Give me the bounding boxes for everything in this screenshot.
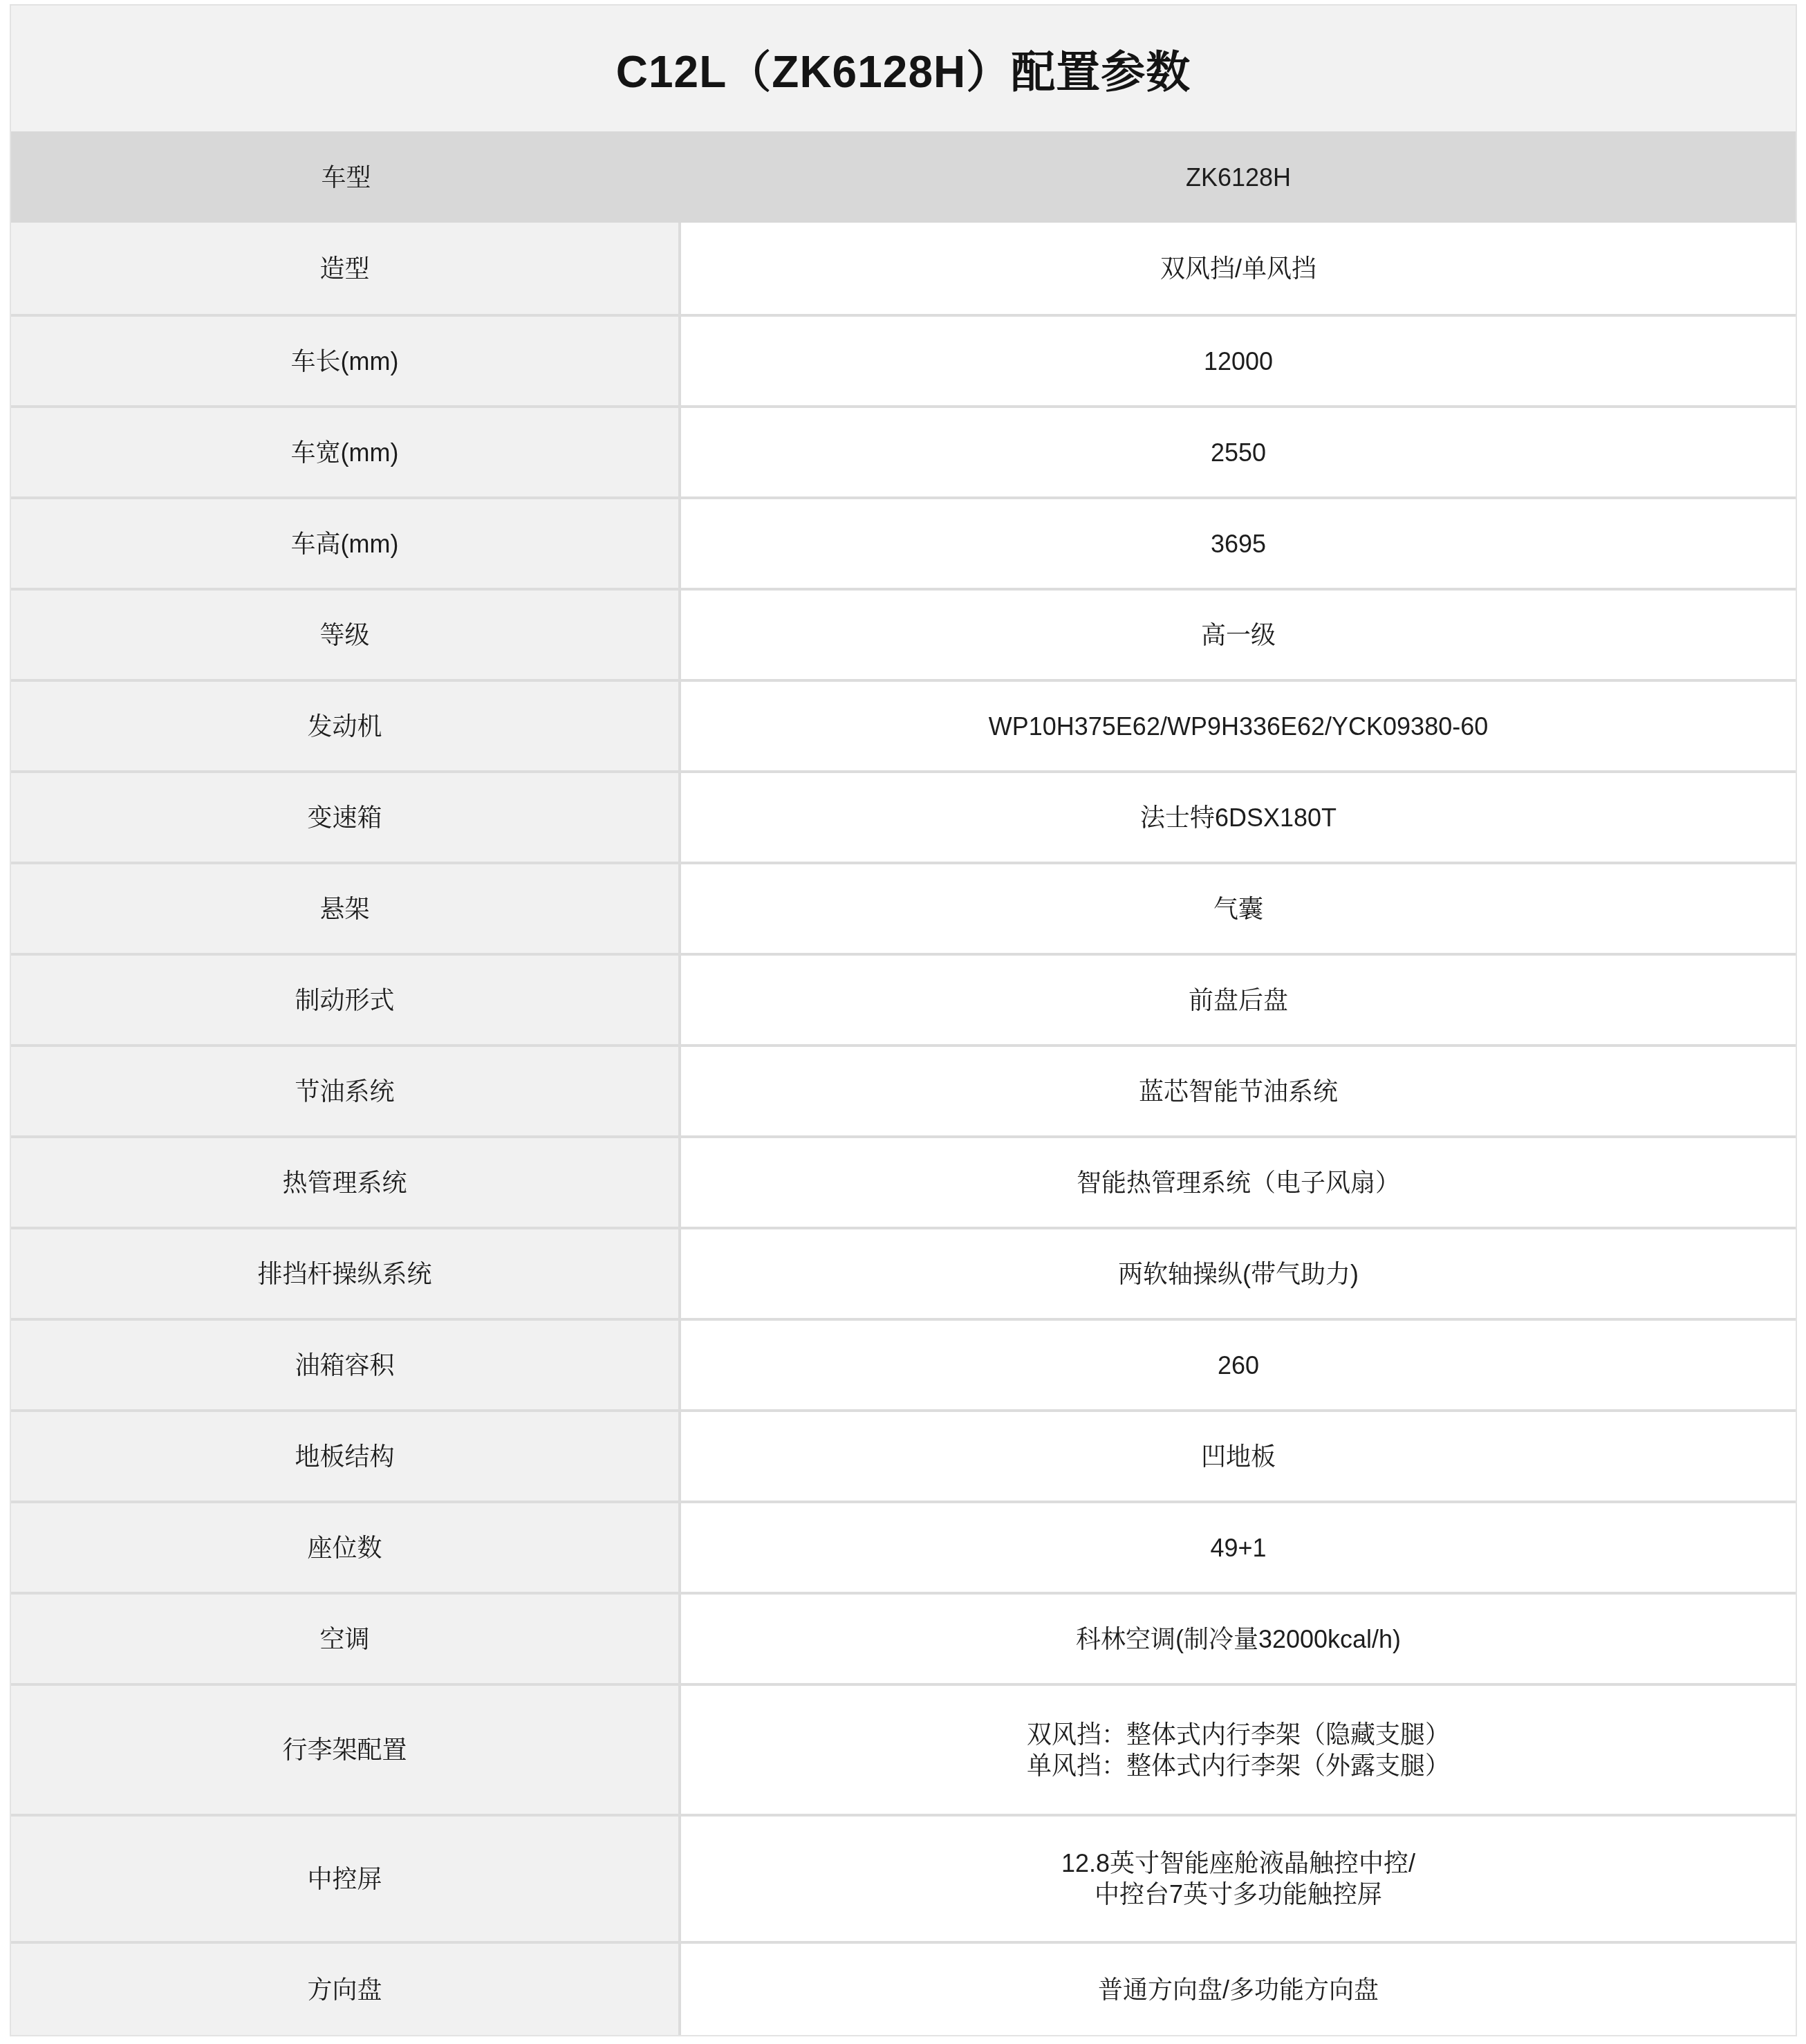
page-title: C12L（ZK6128H）配置参数 (11, 6, 1796, 131)
row-label: 地板结构 (11, 1412, 681, 1501)
row-value: 普通方向盘/多功能方向盘 (681, 1944, 1796, 2035)
row-value: 科林空调(制冷量32000kcal/h) (681, 1595, 1796, 1683)
row-label: 方向盘 (11, 1944, 681, 2035)
row-label: 行李架配置 (11, 1686, 681, 1814)
table-row: 座位数 49+1 (11, 1501, 1796, 1592)
row-value: 双风挡：整体式内行李架（隐藏支腿） 单风挡：整体式内行李架（外露支腿） (681, 1686, 1796, 1814)
row-label: 热管理系统 (11, 1138, 681, 1227)
table-row: 发动机 WP10H375E62/WP9H336E62/YCK09380-60 (11, 679, 1796, 770)
row-value: 法士特6DSX180T (681, 773, 1796, 862)
row-label: 造型 (11, 223, 681, 314)
table-row: 等级 高一级 (11, 588, 1796, 679)
row-value: 气囊 (681, 864, 1796, 953)
table-row: 车长(mm) 12000 (11, 314, 1796, 405)
table-row: 中控屏 12.8英寸智能座舱液晶触控中控/ 中控台7英寸多功能触控屏 (11, 1814, 1796, 1941)
row-value: 双风挡/单风挡 (681, 223, 1796, 314)
row-value: 两软轴操纵(带气助力) (681, 1229, 1796, 1318)
table-row: 制动形式 前盘后盘 (11, 953, 1796, 1044)
row-label: 座位数 (11, 1503, 681, 1592)
row-label: 车长(mm) (11, 317, 681, 405)
row-label: 发动机 (11, 682, 681, 770)
row-label: 油箱容积 (11, 1321, 681, 1409)
spec-table: C12L（ZK6128H）配置参数 车型 ZK6128H 造型 双风挡/单风挡 … (10, 4, 1797, 2036)
table-row: 排挡杆操纵系统 两软轴操纵(带气助力) (11, 1227, 1796, 1318)
row-value: 智能热管理系统（电子风扇） (681, 1138, 1796, 1227)
row-label: 制动形式 (11, 956, 681, 1044)
row-value: 蓝芯智能节油系统 (681, 1047, 1796, 1135)
table-row: 油箱容积 260 (11, 1318, 1796, 1409)
row-value: 高一级 (681, 591, 1796, 679)
table-row-model: 车型 ZK6128H (11, 131, 1796, 223)
row-value: 49+1 (681, 1503, 1796, 1592)
table-row: 节油系统 蓝芯智能节油系统 (11, 1044, 1796, 1135)
row-label: 车高(mm) (11, 499, 681, 588)
row-value: ZK6128H (681, 131, 1796, 223)
table-row: 行李架配置 双风挡：整体式内行李架（隐藏支腿） 单风挡：整体式内行李架（外露支腿… (11, 1683, 1796, 1814)
row-label: 节油系统 (11, 1047, 681, 1135)
table-row: 地板结构 凹地板 (11, 1409, 1796, 1501)
row-value: 3695 (681, 499, 1796, 588)
row-label: 等级 (11, 591, 681, 679)
table-row: 方向盘 普通方向盘/多功能方向盘 (11, 1941, 1796, 2035)
table-row: 变速箱 法士特6DSX180T (11, 770, 1796, 862)
row-value: WP10H375E62/WP9H336E62/YCK09380-60 (681, 682, 1796, 770)
table-row: 造型 双风挡/单风挡 (11, 223, 1796, 314)
row-label: 变速箱 (11, 773, 681, 862)
row-label: 悬架 (11, 864, 681, 953)
row-label: 车型 (11, 131, 681, 223)
row-label: 排挡杆操纵系统 (11, 1229, 681, 1318)
table-row: 车高(mm) 3695 (11, 496, 1796, 588)
table-row: 空调 科林空调(制冷量32000kcal/h) (11, 1592, 1796, 1683)
row-value: 前盘后盘 (681, 956, 1796, 1044)
table-row: 热管理系统 智能热管理系统（电子风扇） (11, 1135, 1796, 1227)
row-label: 空调 (11, 1595, 681, 1683)
table-row: 悬架 气囊 (11, 862, 1796, 953)
table-row: 车宽(mm) 2550 (11, 405, 1796, 496)
row-label: 中控屏 (11, 1817, 681, 1941)
row-value: 12000 (681, 317, 1796, 405)
spec-sheet-page: C12L（ZK6128H）配置参数 车型 ZK6128H 造型 双风挡/单风挡 … (0, 0, 1806, 2044)
row-value: 2550 (681, 408, 1796, 496)
row-value: 260 (681, 1321, 1796, 1409)
row-value: 凹地板 (681, 1412, 1796, 1501)
row-value: 12.8英寸智能座舱液晶触控中控/ 中控台7英寸多功能触控屏 (681, 1817, 1796, 1941)
row-label: 车宽(mm) (11, 408, 681, 496)
